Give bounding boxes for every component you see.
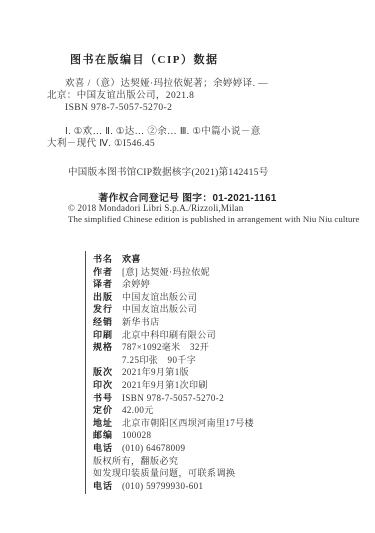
- row-label: 版次: [93, 366, 113, 379]
- table-row: 7.25印张 90千字: [93, 354, 254, 367]
- row-label: 定价: [93, 404, 113, 417]
- row-label: 译者: [93, 278, 113, 291]
- cip-classification-line: Ⅰ. ①欢… Ⅱ. ①达… ②余… Ⅲ. ①中篇小说－意: [47, 127, 337, 139]
- row-label: 电话: [93, 480, 113, 493]
- row-value: 如发现印装质量问题，可联系调换: [93, 467, 236, 480]
- row-value: 2021年9月第1版: [122, 366, 189, 379]
- table-row: 定价 42.00元: [93, 404, 254, 417]
- cip-entry-line: ISBN 978-7-5057-5270-2: [47, 102, 327, 114]
- row-value: [意] 达契娅·玛拉依妮: [122, 266, 210, 279]
- row-value: 北京市朝阳区西坝河南里17号楼: [122, 417, 254, 430]
- table-row: 电话 (010) 59799930-601: [93, 480, 254, 493]
- row-label: 书名: [93, 253, 113, 266]
- row-value: 42.00元: [122, 404, 154, 417]
- copyright-page: 图书在版编目（CIP）数据 欢喜 /（意）达契娅·玛拉依妮著；余婷婷译. — 北…: [0, 0, 375, 533]
- row-value: 787×1092毫米 32开: [122, 341, 209, 354]
- table-row: 印刷 北京中科印刷有限公司: [93, 329, 254, 342]
- table-row: 出版 中国友谊出版公司: [93, 291, 254, 304]
- row-value: 中国友谊出版公司: [122, 303, 197, 316]
- row-value: 版权所有，翻版必究: [93, 455, 179, 468]
- table-row: 地址 北京市朝阳区西坝河南里17号楼: [93, 417, 254, 430]
- table-row: 印次 2021年9月第1次印刷: [93, 379, 254, 392]
- row-label: 规格: [93, 341, 113, 354]
- cip-header: 图书在版编目（CIP）数据: [70, 51, 218, 67]
- cip-classification: Ⅰ. ①欢… Ⅱ. ①达… ②余… Ⅲ. ①中篇小说－意 大利－现代 Ⅳ. ①I…: [47, 127, 337, 150]
- row-label: [93, 354, 113, 367]
- table-row: 规格 787×1092毫米 32开: [93, 341, 254, 354]
- table-row: 如发现印装质量问题，可联系调换: [93, 467, 254, 480]
- table-row: 译者 余婷婷: [93, 278, 254, 291]
- table-row: 版次 2021年9月第1版: [93, 366, 254, 379]
- row-label: 地址: [93, 417, 113, 430]
- row-value: 2021年9月第1次印刷: [122, 379, 208, 392]
- table-row: 书号 ISBN 978-7-5057-5270-2: [93, 392, 254, 405]
- cip-entry-line: 北京：中国友谊出版公司，2021.8: [47, 90, 327, 102]
- row-value: 中国友谊出版公司: [122, 291, 197, 304]
- row-label: 电话: [93, 442, 113, 455]
- row-label: 作者: [93, 266, 113, 279]
- row-label: 印刷: [93, 329, 113, 342]
- row-label: 经销: [93, 316, 113, 329]
- row-value: ISBN 978-7-5057-5270-2: [122, 392, 224, 405]
- row-value: 余婷婷: [122, 278, 150, 291]
- row-label: 发行: [93, 303, 113, 316]
- table-row: 电话 (010) 64678009: [93, 442, 254, 455]
- table-row: 作者 [意] 达契娅·玛拉依妮: [93, 266, 254, 279]
- cip-record-number: 中国版本图书馆CIP数据核字(2021)第142415号: [68, 164, 269, 178]
- table-row: 书名 欢喜: [93, 253, 254, 266]
- row-label: 书号: [93, 392, 113, 405]
- row-value: 100028: [122, 429, 151, 442]
- copyright-notice: © 2018 Mondadori Libri S.p.A./Rizzoli,Mi…: [68, 203, 243, 213]
- cip-classification-line: 大利－现代 Ⅳ. ①I546.45: [47, 139, 337, 151]
- english-edition-note: The simplified Chinese edition is publis…: [68, 214, 360, 224]
- row-label: 出版: [93, 291, 113, 304]
- table-row: 邮编 100028: [93, 429, 254, 442]
- row-value: 北京中科印刷有限公司: [122, 329, 216, 342]
- row-label: 印次: [93, 379, 113, 392]
- row-value: 7.25印张 90千字: [122, 354, 196, 367]
- row-value: (010) 64678009: [122, 442, 185, 455]
- table-row: 版权所有，翻版必究: [93, 455, 254, 468]
- table-row: 发行 中国友谊出版公司: [93, 303, 254, 316]
- row-value: 欢喜: [122, 253, 141, 266]
- cip-entry: 欢喜 /（意）达契娅·玛拉依妮著；余婷婷译. — 北京：中国友谊出版公司，202…: [47, 78, 327, 114]
- row-value: (010) 59799930-601: [122, 480, 203, 493]
- row-label: 邮编: [93, 429, 113, 442]
- cip-entry-line: 欢喜 /（意）达契娅·玛拉依妮著；余婷婷译. —: [47, 78, 327, 90]
- colophon-table: 书名 欢喜 作者 [意] 达契娅·玛拉依妮 译者 余婷婷 出版 中国友谊出版公司…: [85, 251, 254, 494]
- row-value: 新华书店: [122, 316, 160, 329]
- table-row: 经销 新华书店: [93, 316, 254, 329]
